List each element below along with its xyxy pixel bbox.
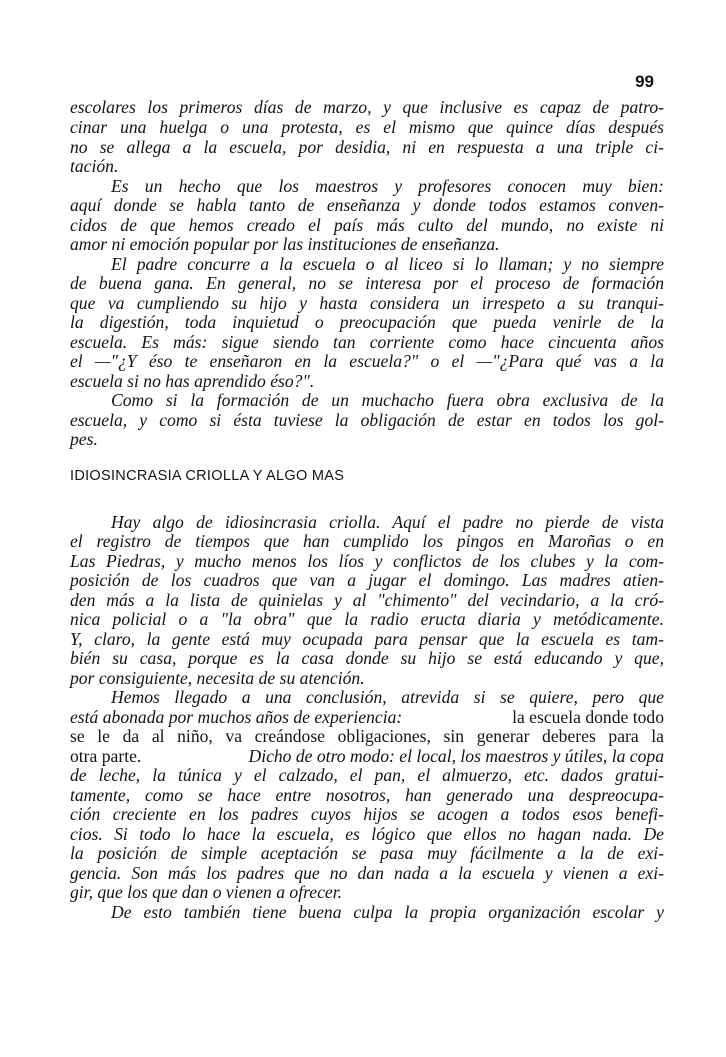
text-line: gir, que los que dan o vienen a ofrecer. bbox=[70, 882, 664, 902]
text-line: se le da al niño, va creándose obligacio… bbox=[70, 726, 664, 746]
text-line: El padre concurre a la escuela o al lice… bbox=[111, 254, 664, 274]
text-line: tamente, como se hace entre nosotros, ha… bbox=[70, 785, 664, 805]
text-line: ción creciente en los padres cuyos hijos… bbox=[70, 804, 664, 824]
text-line: escuela. Es más: sigue siendo tan corrie… bbox=[70, 332, 664, 352]
text-line-mixed: está abonada por muchos años de experien… bbox=[70, 707, 664, 727]
text-fragment-roman: la escuela donde todo bbox=[512, 707, 664, 727]
text-line: por consiguiente, necesita de su atenció… bbox=[70, 668, 664, 688]
text-line: Las Piedras, y mucho menos los líos y co… bbox=[70, 551, 664, 571]
text-line-mixed: otra parte. Dicho de otro modo: el local… bbox=[70, 746, 664, 766]
text-line: gencia. Son más los padres que no dan na… bbox=[70, 863, 664, 883]
text-line: nica policial o a "la obra" que la radio… bbox=[70, 609, 664, 629]
text-line: de leche, la túnica y el calzado, el pan… bbox=[70, 765, 664, 785]
text-line: Y, claro, la gente está muy ocupada para… bbox=[70, 629, 664, 649]
text-line: escuela, y como si ésta tuviese la oblig… bbox=[70, 410, 664, 430]
text-line: De esto también tiene buena culpa la pro… bbox=[111, 902, 664, 922]
text-line: la digestión, toda inquietud o preocupac… bbox=[70, 312, 664, 332]
text-line: Es un hecho que los maestros y profesore… bbox=[111, 176, 664, 196]
page-number: 99 bbox=[618, 72, 654, 92]
text-line: den más a la lista de quinielas y al "ch… bbox=[70, 590, 664, 610]
text-line: posición de los cuadros que van a jugar … bbox=[70, 570, 664, 590]
section-heading: IDIOSINCRASIA CRIOLLA Y ALGO MAS bbox=[70, 466, 344, 486]
text-line: que va cumpliendo su hijo y hasta consid… bbox=[70, 293, 664, 313]
text-line: amor ni emoción popular por las instituc… bbox=[70, 234, 664, 254]
text-line: cinar una huelga o una protesta, es el m… bbox=[70, 117, 664, 137]
text-line: cidos de que hemos creado el país más cu… bbox=[70, 215, 664, 235]
text-fragment-italic: Dicho de otro modo: el local, los maestr… bbox=[248, 746, 664, 766]
text-line: tación. bbox=[70, 156, 664, 176]
text-line: Como si la formación de un muchacho fuer… bbox=[111, 390, 664, 410]
text-line: la posición de simple aceptación se pasa… bbox=[70, 843, 664, 863]
text-line: de buena gana. En general, no se interes… bbox=[70, 273, 664, 293]
text-line: el —"¿Y éso te enseñaron en la escuela?"… bbox=[70, 351, 664, 371]
text-line: aquí donde se habla tanto de enseñanza y… bbox=[70, 195, 664, 215]
text-fragment-roman: otra parte. bbox=[70, 746, 141, 766]
text-line: Hemos llegado a una conclusión, atrevida… bbox=[111, 687, 664, 707]
text-fragment-italic: está abonada por muchos años de experien… bbox=[70, 707, 402, 727]
text-line: Hay algo de idiosincrasia criolla. Aquí … bbox=[111, 512, 664, 532]
text-line: cios. Si todo lo hace la escuela, es lóg… bbox=[70, 824, 664, 844]
text-line: bién su casa, porque es la casa donde su… bbox=[70, 648, 664, 668]
text-line: escolares los primeros días de marzo, y … bbox=[70, 97, 664, 117]
text-line: el registro de tiempos que han cumplido … bbox=[70, 531, 664, 551]
text-line: pes. bbox=[70, 429, 664, 449]
text-line: no se allega a la escuela, por desidia, … bbox=[70, 137, 664, 157]
text-line: escuela si no has aprendido éso?". bbox=[70, 371, 664, 391]
